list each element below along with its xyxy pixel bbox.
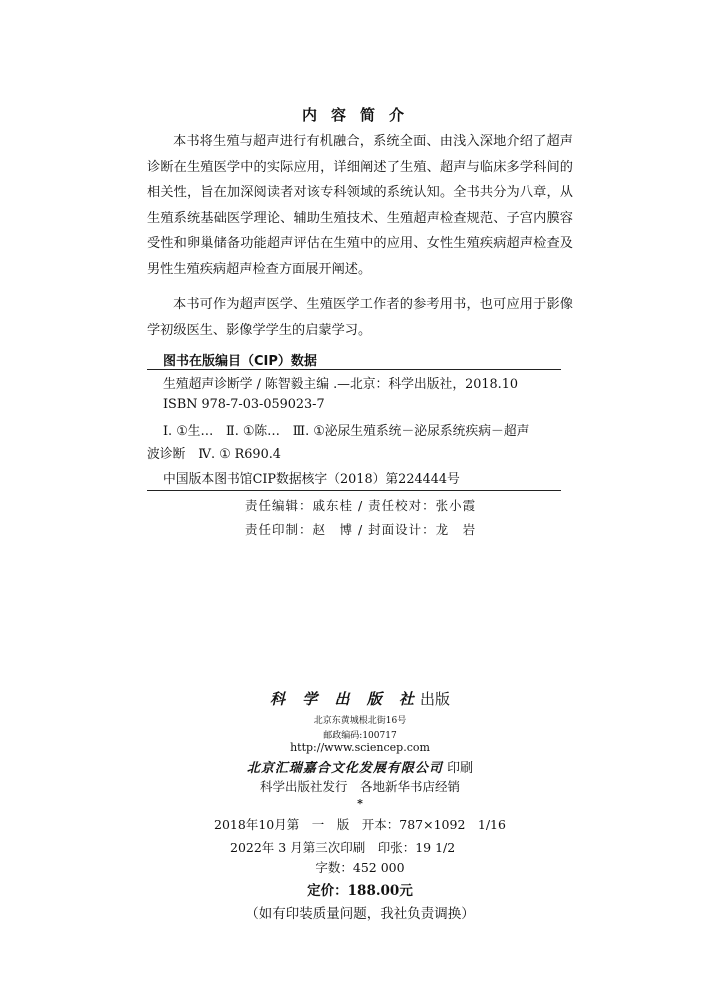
publisher-line: 科 学 出 版 社出版	[0, 688, 720, 709]
quality-note: （如有印装质量问题，我社负责调换）	[0, 902, 720, 922]
publisher-url: http://www.sciencep.com	[0, 741, 720, 754]
publisher-address: 北京东黄城根北街16号	[0, 713, 720, 726]
word-count: 字数：452 000	[0, 858, 720, 876]
printer-line: 北京汇瑞嘉合文化发展有限公司 印刷	[0, 757, 720, 776]
cip-line-classification-cont: 波诊断 Ⅳ. ① R690.4	[147, 443, 281, 462]
printer-suffix: 印刷	[443, 761, 473, 776]
cip-line-title: 生殖超声诊断学 / 陈智毅主编 .—北京：科学出版社，2018.10	[163, 373, 518, 392]
publisher-suffix: 出版	[420, 690, 450, 708]
summary-paragraph-1: 本书将生殖与超声进行有机融合，系统全面、由浅入深地介绍了超声诊断在生殖医学中的实…	[147, 129, 573, 282]
separator-star: *	[0, 797, 720, 810]
printing-line: 2022年 3 月第三次印刷 印张：19 1/2	[230, 838, 455, 856]
cip-top-rule	[147, 369, 561, 370]
distribution-line: 科学出版社发行 各地新华书店经销	[0, 777, 720, 795]
cip-bottom-rule	[147, 490, 561, 491]
printer-name: 北京汇瑞嘉合文化发展有限公司	[247, 761, 443, 776]
publisher-postcode: 邮政编码:100717	[0, 728, 720, 741]
price: 定价：188.00元	[0, 879, 720, 899]
staff-production: 责任印制：赵 博 / 封面设计：龙 岩	[245, 520, 476, 538]
publisher-name: 科 学 出 版 社	[270, 690, 420, 708]
cip-line-record-number: 中国版本图书馆CIP数据核字（2018）第224444号	[163, 468, 460, 487]
summary-paragraph-2: 本书可作为超声医学、生殖医学工作者的参考用书，也可应用于影像学初级医生、影像学学…	[147, 292, 573, 343]
edition-line: 2018年10月第 一 版 开本：787×1092 1/16	[0, 815, 720, 833]
summary-title: 内容简介	[0, 104, 720, 125]
staff-editors: 责任编辑：戚东桂 / 责任校对：张小霞	[245, 496, 476, 514]
cip-line-classification: Ⅰ. ①生… Ⅱ. ①陈… Ⅲ. ①泌尿生殖系统－泌尿系统疾病－超声	[163, 420, 529, 439]
cip-line-isbn: ISBN 978-7-03-059023-7	[163, 397, 325, 412]
cip-heading: 图书在版编目（CIP）数据	[163, 350, 317, 369]
